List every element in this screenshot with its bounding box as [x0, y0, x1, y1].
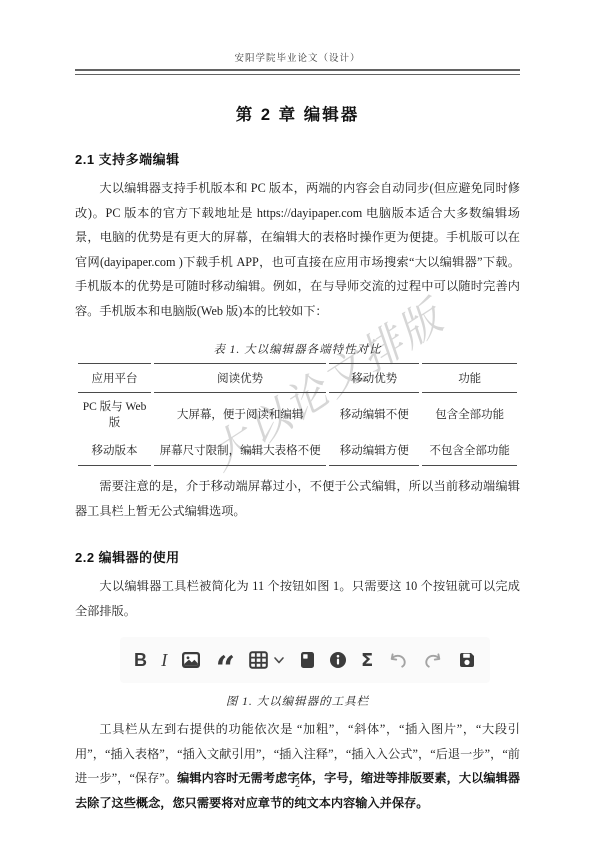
table-caption: 表 1. 大以编辑器各端特性对比: [75, 341, 520, 357]
blockquote-button: “: [216, 645, 236, 675]
table-header-reading: 阅读优势: [154, 363, 326, 393]
cell-platform-mobile: 移动版本: [78, 437, 151, 466]
page-number: 2: [0, 779, 595, 790]
paragraph-toolbar-functions: 工具栏从左到右提供的功能依次是 “加粗”，“斜体”，“插入图片”，“大段引用”，…: [75, 717, 520, 815]
sigma-icon: Σ: [361, 650, 373, 671]
thesis-page: 大以论文排版 安阳学院毕业论文（设计） 第 2 章 编辑器 2.1 支持多端编辑…: [0, 0, 595, 842]
italic-icon: I: [161, 650, 167, 671]
running-header: 安阳学院毕业论文（设计）: [75, 50, 520, 64]
save-icon: [458, 651, 476, 669]
quote-icon: “: [216, 664, 236, 674]
table-header-row: 应用平台 阅读优势 移动优势 功能: [78, 363, 517, 393]
table-row: PC 版与 Web 版 大屏幕，便于阅读和编辑 移动编辑不便 包含全部功能: [78, 393, 517, 437]
insert-formula-button: Σ: [361, 645, 373, 675]
image-icon: [181, 651, 201, 669]
chapter-title: 第 2 章 编辑器: [75, 101, 520, 125]
cell-platform-pc: PC 版与 Web 版: [78, 393, 151, 437]
paragraph-note: 需要注意的是，介于移动端屏幕过小，不便于公式编辑，所以当前移动端编辑器工具栏上暂…: [75, 474, 520, 523]
insert-table-button: [249, 645, 285, 675]
cell-mobility-mobile: 移动编辑方便: [329, 437, 419, 466]
comparison-table: 应用平台 阅读优势 移动优势 功能 PC 版与 Web 版 大屏幕，便于阅读和编…: [75, 363, 520, 466]
header-double-rule: [75, 69, 520, 75]
citation-book-icon: [300, 651, 315, 669]
table-header-platform: 应用平台: [78, 363, 151, 393]
insert-citation-button: [300, 645, 315, 675]
table-icon: [249, 651, 268, 669]
paragraph-toolbar-intro: 大以编辑器工具栏被简化为 11 个按钮如图 1。只需要这 10 个按钮就可以完成…: [75, 574, 520, 623]
cell-mobility-pc: 移动编辑不便: [329, 393, 419, 437]
editor-toolbar-figure: B I “: [120, 637, 490, 683]
italic-button: I: [161, 645, 167, 675]
save-button: [458, 645, 476, 675]
chevron-down-icon: [273, 655, 285, 665]
insert-footnote-button: [329, 645, 347, 675]
table-header-function: 功能: [422, 363, 517, 393]
section-heading-22: 2.2 编辑器的使用: [75, 547, 520, 566]
table-header-mobility: 移动优势: [329, 363, 419, 393]
info-icon: [329, 651, 347, 669]
paragraph-multi-device: 大以编辑器支持手机版本和 PC 版本，两端的内容会自动同步(但应避免同时修改)。…: [75, 176, 520, 323]
figure-caption: 图 1. 大以编辑器的工具栏: [75, 693, 520, 709]
cell-reading-mobile: 屏幕尺寸限制，编辑大表格不便: [154, 437, 326, 466]
cell-function-pc: 包含全部功能: [422, 393, 517, 437]
section-heading-21: 2.1 支持多端编辑: [75, 149, 520, 168]
undo-button: [387, 645, 408, 675]
cell-function-mobile: 不包含全部功能: [422, 437, 517, 466]
bold-icon: B: [134, 650, 147, 671]
redo-icon: [423, 652, 444, 669]
bold-button: B: [134, 645, 147, 675]
undo-icon: [387, 652, 408, 669]
insert-image-button: [181, 645, 201, 675]
redo-button: [423, 645, 444, 675]
cell-reading-pc: 大屏幕，便于阅读和编辑: [154, 393, 326, 437]
table-row: 移动版本 屏幕尺寸限制，编辑大表格不便 移动编辑方便 不包含全部功能: [78, 437, 517, 466]
